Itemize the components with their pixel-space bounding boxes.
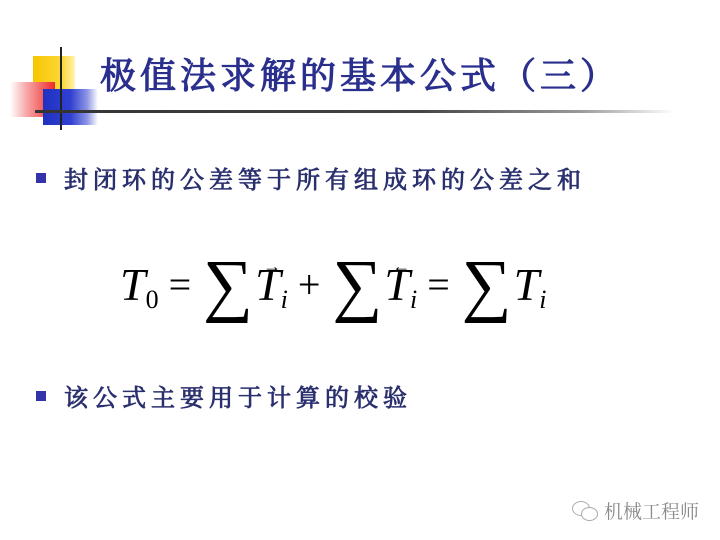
wechat-icon xyxy=(572,501,598,521)
formula-sub: i xyxy=(281,285,288,315)
formula-plus: + xyxy=(298,261,321,308)
formula-equals: = xyxy=(427,261,450,308)
bullet-square-icon xyxy=(36,391,46,401)
left-arrow-icon: ← xyxy=(392,256,410,277)
right-arrow-icon: → xyxy=(263,256,281,277)
sigma-icon: ∑ xyxy=(332,251,382,321)
formula-term-all: T xyxy=(514,258,540,311)
watermark-text: 机械工程师 xyxy=(604,497,699,524)
bullet-text: 封闭环的公差等于所有组成环的公差之和 xyxy=(64,160,586,195)
formula-term-increasing: → T xyxy=(255,258,281,311)
slide-title: 极值法求解的基本公式（三） xyxy=(100,48,620,99)
formula-term-decreasing: ← T xyxy=(384,258,410,311)
formula-sub: i xyxy=(410,285,417,315)
decor-vertical-line xyxy=(60,47,62,130)
tolerance-formula: T 0 = ∑ → T i + ∑ ← T i = ∑ T i xyxy=(120,244,546,324)
sigma-icon: ∑ xyxy=(462,251,512,321)
bullet-item: 封闭环的公差等于所有组成环的公差之和 xyxy=(36,160,586,195)
formula-lhs-sub: 0 xyxy=(146,285,159,315)
bullet-square-icon xyxy=(36,173,46,183)
sigma-icon: ∑ xyxy=(203,251,253,321)
bullet-text: 该公式主要用于计算的校验 xyxy=(64,378,412,413)
decor-blue-square xyxy=(43,89,98,125)
title-underline xyxy=(35,110,675,113)
formula-equals: = xyxy=(169,261,192,308)
formula-sub: i xyxy=(539,285,546,315)
watermark: 机械工程师 xyxy=(572,497,699,524)
bullet-item: 该公式主要用于计算的校验 xyxy=(36,378,412,413)
formula-lhs: T xyxy=(120,258,146,311)
